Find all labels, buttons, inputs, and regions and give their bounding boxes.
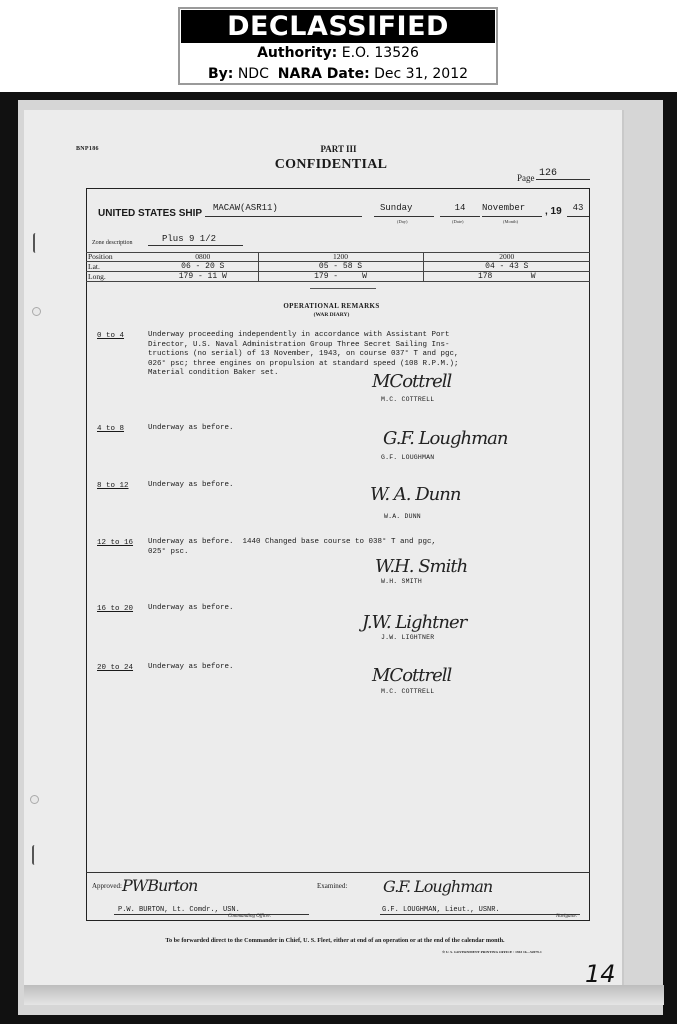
officer-signature: MCottrell bbox=[372, 665, 451, 686]
zone-value: Plus 9 1/2 bbox=[148, 234, 243, 246]
punch-hole-icon bbox=[30, 795, 39, 804]
time-header: 1200 bbox=[258, 253, 423, 262]
position-header: Position bbox=[86, 253, 148, 262]
long-value: 179 - 11 W bbox=[179, 272, 227, 281]
lat-value: 06 - 20 S bbox=[181, 262, 224, 271]
long-value: 179 - W bbox=[314, 272, 367, 281]
remark-text: Underway as before. bbox=[148, 424, 578, 434]
navigator-caption: Navigator. bbox=[556, 914, 577, 919]
ship-label: UNITED STATES SHIP bbox=[98, 208, 202, 219]
navigator-name: G.F. LOUGHMAN, Lieut., USNR. bbox=[380, 906, 580, 915]
officer-name: G.F. LOUGHMAN bbox=[381, 454, 434, 461]
forwarding-note: To be forwarded direct to the Commander … bbox=[0, 937, 670, 944]
remarks-title: OPERATIONAL REMARKS bbox=[0, 302, 663, 310]
navigator-signature: G.F. Loughman bbox=[383, 877, 492, 896]
ship-name: MACAW(ASR11) bbox=[205, 203, 362, 217]
table-row: Lat. 06 - 20 S 05 - 58 S 04 - 43 S bbox=[86, 262, 590, 272]
remarks-subtitle: (WAR DIARY) bbox=[0, 312, 663, 318]
handwritten-page-number: 14 bbox=[585, 960, 616, 988]
time-header: 0800 bbox=[148, 253, 258, 262]
sheet-fold-edge bbox=[24, 985, 664, 1005]
date-value: 14 bbox=[440, 203, 480, 217]
zone-label: Zone description bbox=[92, 240, 133, 246]
officer-name: W.H. SMITH bbox=[381, 578, 422, 585]
commanding-officer-signature: PWBurton bbox=[122, 876, 197, 895]
examined-label: Examined: bbox=[317, 882, 347, 890]
table-row: Position 0800 1200 2000 bbox=[86, 253, 590, 262]
stamp-by-date: By: NDC NARA Date: Dec 31, 2012 bbox=[180, 64, 496, 85]
day-caption: (Day) bbox=[397, 219, 408, 224]
lat-value: 05 - 58 S bbox=[319, 262, 362, 271]
approved-label: Approved: bbox=[92, 882, 122, 890]
page-number: 126 bbox=[536, 168, 590, 180]
stamp-authority: Authority: E.O. 13526 bbox=[180, 43, 496, 64]
long-label: Long. bbox=[86, 272, 148, 282]
watch-period: 16 to 20 bbox=[97, 605, 133, 613]
commanding-officer-name: P.W. BURTON, Lt. Comdr., USN. bbox=[114, 906, 309, 915]
long-value: 178 W bbox=[478, 272, 536, 281]
lat-label: Lat. bbox=[86, 262, 148, 272]
officer-signature: W.H. Smith bbox=[375, 556, 467, 577]
officer-name: W.A. DUNN bbox=[384, 513, 421, 520]
remark-text: Underway proceeding independently in acc… bbox=[148, 331, 578, 379]
page-label: Page bbox=[517, 173, 535, 183]
day-value: Sunday bbox=[374, 203, 434, 217]
watch-period: 20 to 24 bbox=[97, 664, 133, 672]
officer-signature: G.F. Loughman bbox=[383, 428, 507, 449]
binder-clip-icon bbox=[32, 845, 37, 865]
watch-period: 12 to 16 bbox=[97, 539, 133, 547]
month-value: November bbox=[482, 203, 542, 217]
time-header: 2000 bbox=[423, 253, 590, 262]
officer-name: J.W. LIGHTNER bbox=[381, 634, 434, 641]
officer-signature: W. A. Dunn bbox=[370, 484, 460, 505]
officer-signature: J.W. Lightner bbox=[362, 612, 466, 633]
date-caption: (Date) bbox=[452, 219, 464, 224]
declassified-stamp: DECLASSIFIED Authority: E.O. 13526 By: N… bbox=[178, 7, 498, 85]
remark-text: Underway as before. bbox=[148, 663, 578, 673]
watch-period: 4 to 8 bbox=[97, 425, 124, 433]
divider bbox=[310, 288, 376, 289]
stamp-title: DECLASSIFIED bbox=[181, 10, 495, 43]
officer-signature: MCottrell bbox=[372, 371, 451, 392]
remark-text: Underway as before. bbox=[148, 481, 578, 491]
watch-period: 0 to 4 bbox=[97, 332, 124, 340]
lat-value: 04 - 43 S bbox=[485, 262, 528, 271]
commanding-officer-caption: Commanding Officer. bbox=[228, 914, 271, 919]
table-row: Long. 179 - 11 W 179 - W 178 W bbox=[86, 272, 590, 282]
binder-clip-icon bbox=[33, 233, 38, 253]
remark-text: Underway as before. 1440 Changed base co… bbox=[148, 538, 578, 557]
officer-name: M.C. COTTRELL bbox=[381, 688, 434, 695]
printer-imprint: ☆ U. S. GOVERNMENT PRINTING OFFICE : 194… bbox=[442, 950, 542, 954]
year-value: 43 bbox=[567, 203, 589, 217]
year-prefix: , 19 bbox=[545, 206, 562, 217]
position-table: Position 0800 1200 2000 Lat. 06 - 20 S 0… bbox=[86, 252, 590, 282]
divider bbox=[86, 872, 590, 873]
part-label: PART III bbox=[0, 144, 677, 154]
month-caption: (Month) bbox=[503, 219, 518, 224]
watch-period: 8 to 12 bbox=[97, 482, 129, 490]
officer-name: M.C. COTTRELL bbox=[381, 396, 434, 403]
